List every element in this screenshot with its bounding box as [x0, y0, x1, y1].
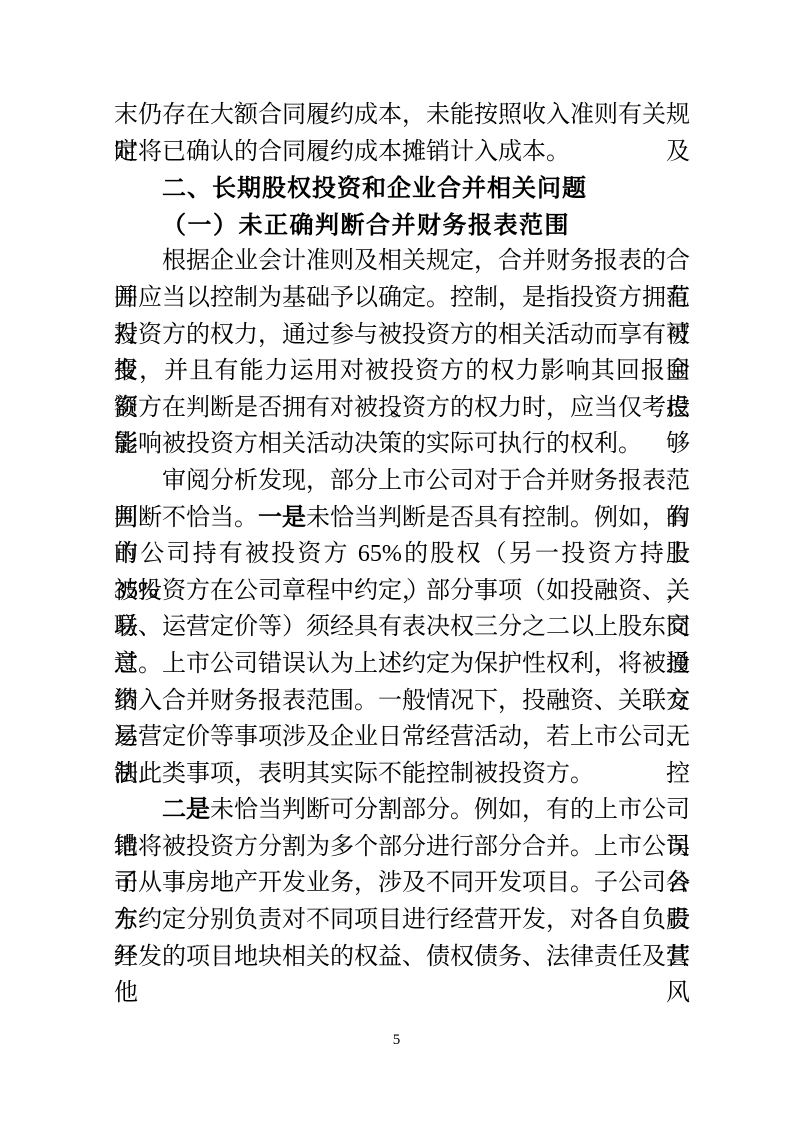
paragraph-line: 开发的项目地块相关的权益、债权债务、法律责任及其他风: [114, 939, 690, 976]
page-number: 5: [0, 1032, 793, 1049]
paragraph-line: 被投资方在公司章程中约定，部分事项（如投融资、关联交: [114, 573, 690, 610]
paragraph-text: 判断不恰当。: [114, 505, 258, 531]
paragraph-line: 运营定价等事项涉及企业日常经营活动，若上市公司无法控: [114, 719, 690, 756]
paragraph-line: 影响被投资方相关活动决策的实际可执行的权利。: [114, 426, 690, 463]
bold-emphasis: 二是: [162, 797, 210, 823]
paragraph-line: 围应当以控制为基础予以确定。控制，是指投资方拥有对被: [114, 280, 690, 317]
paragraph-line: 判断不恰当。一是未恰当判断是否具有控制。例如，有的上: [114, 500, 690, 537]
paragraph-line: 投资方的权力，通过参与被投资方的相关活动而享有可变回: [114, 317, 690, 354]
subsection-heading: （一）未正确判断合并财务报表范围: [114, 207, 690, 244]
paragraph-line: 过。上市公司错误认为上述约定为保护性权利，将被投资方: [114, 646, 690, 683]
paragraph-line: 东约定分别负责对不同项目进行经营开发，对各自负责经营: [114, 902, 690, 939]
document-body: 末仍存在大额合同履约成本，未能按照收入准则有关规定及 时将已确认的合同履约成本摊…: [114, 97, 690, 975]
paragraph-line: 根据企业会计准则及相关规定，合并财务报表的合并范: [114, 243, 690, 280]
paragraph-line: 地将被投资方分割为多个部分进行部分合并。上市公司子公: [114, 829, 690, 866]
paragraph-line: 易、运营定价等）须经具有表决权三分之二以上股东同意通: [114, 609, 690, 646]
paragraph-line: 末仍存在大额合同履约成本，未能按照收入准则有关规定及: [114, 97, 690, 134]
paragraph-line: 纳入合并财务报表范围。一般情况下，投融资、关联交易、: [114, 683, 690, 720]
paragraph-line: 二是未恰当判断可分割部分。例如，有的上市公司错误: [114, 792, 690, 829]
paragraph-line: 司从事房地产开发业务，涉及不同开发项目。子公司各方股: [114, 865, 690, 902]
bold-emphasis: 一是: [258, 505, 306, 531]
paragraph-line: 资方在判断是否拥有对被投资方的权力时，应当仅考虑能够: [114, 390, 690, 427]
paragraph-line: 市公司持有被投资方 65%的股权（另一投资方持股 35%），: [114, 536, 690, 573]
paragraph-line: 报，并且有能力运用对被投资方的权力影响其回报金额。投: [114, 353, 690, 390]
document-page: 末仍存在大额合同履约成本，未能按照收入准则有关规定及 时将已确认的合同履约成本摊…: [0, 0, 793, 1122]
paragraph-line: 审阅分析发现，部分上市公司对于合并财务报表范围的: [114, 463, 690, 500]
section-heading: 二、长期股权投资和企业合并相关问题: [114, 170, 690, 207]
